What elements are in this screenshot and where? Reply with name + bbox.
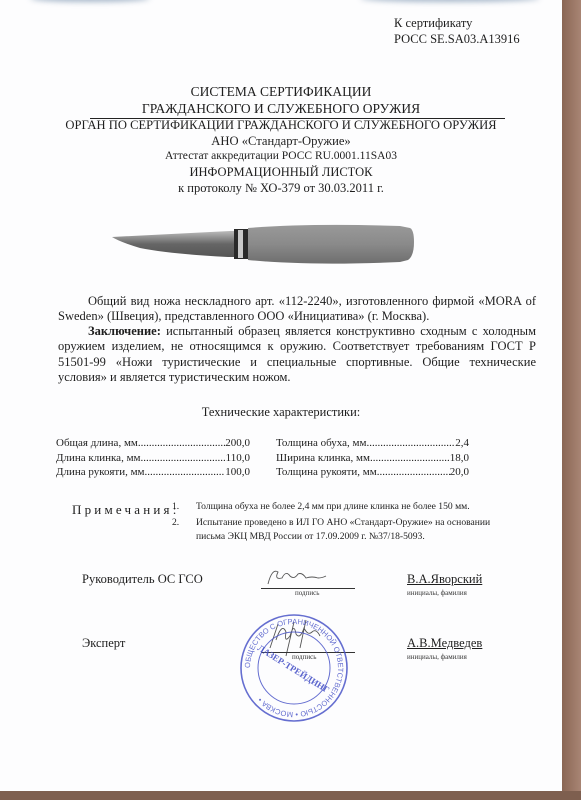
spec-row: Толщина рукояти, мм20,0 <box>276 465 469 480</box>
leader-dots <box>377 465 450 480</box>
conclusion-paragraph: Заключение: испытанный образец является … <box>58 324 536 385</box>
certificate-reference: К сертификату РОСС SE.SA03.A13916 <box>394 15 520 47</box>
info-sheet-title: ИНФОРМАЦИОННЫЙ ЛИСТОК <box>0 164 562 180</box>
stamp-center-text: ЛАЗЕР-ТРЕЙДИНГ <box>256 643 332 695</box>
spec-label: Ширина клинка, мм <box>276 451 370 466</box>
accreditation: Аттестат аккредитации РОСС RU.0001.11SA0… <box>0 149 562 165</box>
reference-line-1: К сертификату <box>394 15 520 31</box>
spec-label: Длина клинка, мм <box>56 451 141 466</box>
reference-line-2: РОСС SE.SA03.A13916 <box>394 31 520 47</box>
notes-label: Примечания: <box>72 502 180 518</box>
note-text: Испытание проведено в ИЛ ГО АНО «Стандар… <box>196 516 502 543</box>
scan-background-bottom <box>0 791 581 800</box>
notes-list: 1.Толщина обуха не более 2,4 мм при длин… <box>172 500 502 546</box>
specs-title: Технические характеристики: <box>0 405 562 420</box>
signatory-role-head: Руководитель ОС ГСО <box>82 572 203 587</box>
note-item: 2.Испытание проведено в ИЛ ГО АНО «Станд… <box>172 516 502 543</box>
spec-label: Общая длина, мм <box>56 436 138 451</box>
knife-image <box>110 220 440 270</box>
name-caption: инициалы, фамилия <box>407 589 467 597</box>
leader-dots <box>138 436 225 451</box>
conclusion-label: Заключение: <box>88 324 161 338</box>
spec-row: Длина клинка, мм110,0 <box>56 451 250 466</box>
note-number: 2. <box>172 516 196 543</box>
note-number: 1. <box>172 500 196 513</box>
specs-right-column: Толщина обуха, мм2,4 Ширина клинка, мм18… <box>276 436 469 480</box>
spec-value: 100,0 <box>225 465 250 480</box>
specs-left-column: Общая длина, мм200,0 Длина клинка, мм110… <box>56 436 250 480</box>
spec-label: Толщина рукояти, мм <box>276 465 377 480</box>
protocol-reference: к протоколу № ХО-379 от 30.03.2011 г. <box>0 180 562 196</box>
spec-row: Толщина обуха, мм2,4 <box>276 436 469 451</box>
spec-value: 18,0 <box>450 451 469 466</box>
signature-scribble <box>262 566 332 588</box>
spec-value: 2,4 <box>455 436 469 451</box>
system-title: СИСТЕМА СЕРТИФИКАЦИИ ГРАЖДАНСКОГО И СЛУЖ… <box>0 83 562 117</box>
spec-row: Общая длина, мм200,0 <box>56 436 250 451</box>
signature-caption: подпись <box>295 589 319 597</box>
signatory-name: В.А.Яворский <box>407 572 482 587</box>
note-text: Толщина обуха не более 2,4 мм при длине … <box>196 500 502 513</box>
info-sheet-heading: ИНФОРМАЦИОННЫЙ ЛИСТОК к протоколу № ХО-3… <box>0 164 562 196</box>
document-page: К сертификату РОСС SE.SA03.A13916 СИСТЕМ… <box>0 0 562 791</box>
spec-label: Длина рукояти, мм <box>56 465 145 480</box>
spec-row: Длина рукояти, мм100,0 <box>56 465 250 480</box>
organization-block: ОРГАН ПО СЕРТИФИКАЦИИ ГРАЖДАНСКОГО И СЛУ… <box>0 118 562 165</box>
leader-dots <box>141 451 226 466</box>
spec-label: Толщина обуха, мм <box>276 436 366 451</box>
signatory-name: А.В.Медведев <box>407 636 482 651</box>
system-title-line-1: СИСТЕМА СЕРТИФИКАЦИИ <box>0 83 562 100</box>
spec-row: Ширина клинка, мм18,0 <box>276 451 469 466</box>
leader-dots <box>370 451 450 466</box>
scan-shadow <box>360 0 540 2</box>
scan-shadow <box>30 0 150 2</box>
leader-dots <box>366 436 455 451</box>
name-caption: инициалы, фамилия <box>407 653 467 661</box>
spec-value: 200,0 <box>225 436 250 451</box>
org-name: АНО «Стандарт-Оружие» <box>0 134 562 150</box>
organ-title: ОРГАН ПО СЕРТИФИКАЦИИ ГРАЖДАНСКОГО И СЛУ… <box>0 118 562 134</box>
spec-value: 20,0 <box>450 465 469 480</box>
leader-dots <box>145 465 226 480</box>
spec-value: 110,0 <box>226 451 250 466</box>
note-item: 1.Толщина обуха не более 2,4 мм при длин… <box>172 500 502 513</box>
official-stamp: ОБЩЕСТВО С ОГРАНИЧЕННОЙ ОТВЕТСТВЕННОСТЬЮ… <box>238 612 350 724</box>
scan-background-right <box>562 0 581 800</box>
system-title-line-2: ГРАЖДАНСКОГО И СЛУЖЕБНОГО ОРУЖИЯ <box>0 100 562 117</box>
description-paragraph: Общий вид ножа нескладного арт. «112-224… <box>58 294 536 325</box>
signatory-role-expert: Эксперт <box>82 636 125 651</box>
